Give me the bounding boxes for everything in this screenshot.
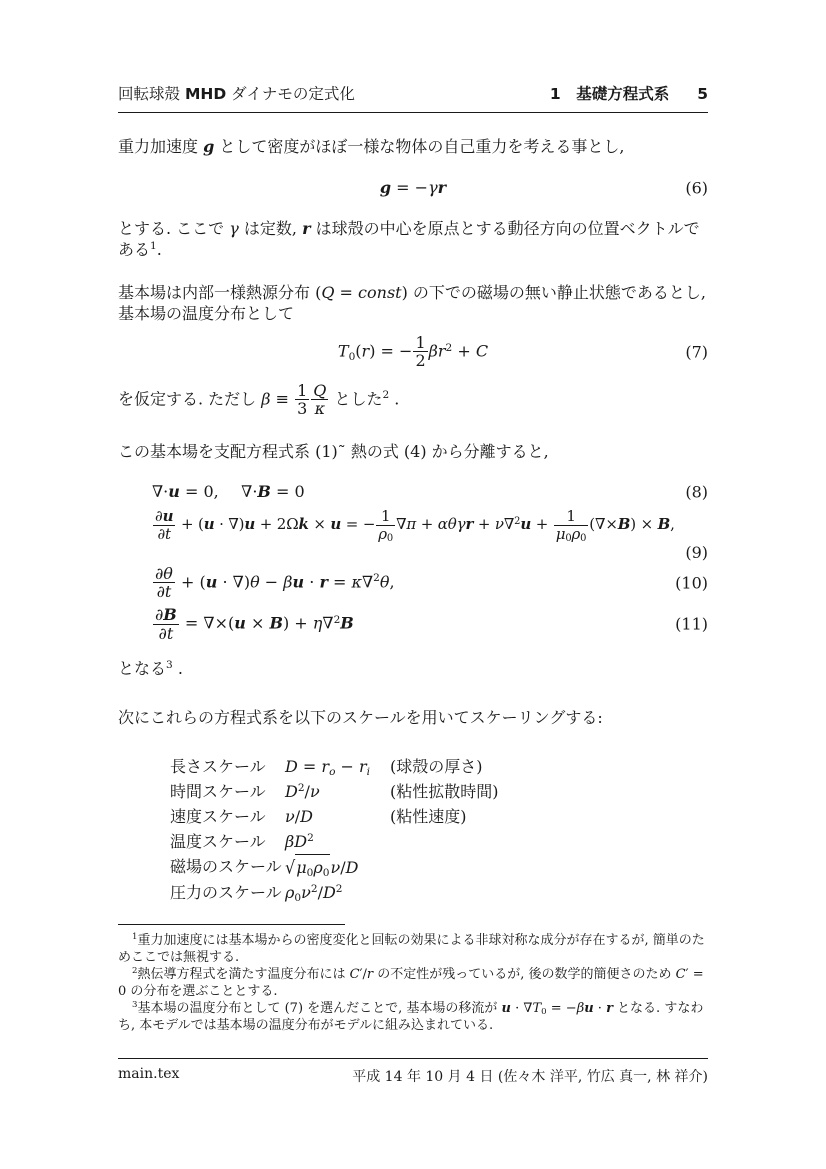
page-header: 回転球殻 MHD ダイナモの定式化 1 基礎方程式系 5 [118,82,708,113]
scale-row-label: 長さスケール [170,754,285,779]
scale-row-formula: D = ro − ri [285,754,390,779]
equation-6-body: g = −γr [118,178,708,197]
scale-row-note [390,829,708,854]
scale-row-note: (球殻の厚さ) [390,754,708,779]
paragraph-beta-def: を仮定する. ただし β ≡ 13Qκ とした2 . [118,376,708,418]
scale-row-note [390,880,708,905]
equation-11: ∂B∂t = ∇×(u × B) + η∇2B (11) [118,606,708,642]
equation-7-number: (7) [685,341,708,362]
equation-7-body: T0(r) = −12βr2 + C [118,334,708,370]
equation-9-body: ∂u∂t + (u · ∇)u + 2Ωk × u = −1ρ0∇π + αθγ… [118,508,708,541]
equation-10: ∂θ∂t + (u · ∇)θ − βu · r = κ∇2θ, (10) [118,565,708,601]
equation-8-body: ∇·u = 0,∇·B = 0 [118,482,708,501]
equation-11-number: (11) [675,614,708,635]
equation-10-body: ∂θ∂t + (u · ∇)θ − βu · r = κ∇2θ, [118,565,708,601]
page-footer: main.tex 平成 14 年 10 月 4 日 (佐々木 洋平, 竹広 真一… [118,1058,708,1086]
page-number: 5 [697,85,708,103]
equation-7: T0(r) = −12βr2 + C (7) [118,332,708,372]
scale-row-label: 磁場のスケール [170,854,285,880]
scale-table: 長さスケールD = ro − ri(球殻の厚さ)時間スケールD2/ν(粘性拡散時… [170,754,708,905]
scale-row-label: 時間スケール [170,779,285,804]
equation-10-number: (10) [675,572,708,593]
equation-11-body: ∂B∂t = ∇×(u × B) + η∇2B [118,606,708,642]
section-header: 1 基礎方程式系 5 [550,82,708,104]
paragraph-separation: この基本場を支配方程式系 (1)˜ 熱の式 (4) から分離すると, [118,441,708,462]
document-page: 回転球殻 MHD ダイナモの定式化 1 基礎方程式系 5 重力加速度 g として… [0,0,826,1169]
scale-row-label: 速度スケール [170,804,285,829]
scale-row-label: 温度スケール [170,829,285,854]
scale-row-label: 圧力のスケール [170,880,285,905]
running-title-post: ダイナモの定式化 [226,85,355,103]
section-title: 1 基礎方程式系 [550,82,669,104]
running-title-pre: 回転球殻 [118,85,185,103]
paragraph-constant-def: とする. ここで γ は定数, r は球殻の中心を原点とする動径方向の位置ベクト… [118,218,708,260]
equation-9: ∂u∂t + (u · ∇)u + 2Ωk × u = −1ρ0∇π + αθγ… [118,508,708,541]
scale-row-formula: βD2 [285,829,390,854]
scale-row-formula: D2/ν [285,779,390,804]
page-body: 重力加速度 g として密度がほぼ一様な物体の自己重力を考える事とし, g = −… [118,136,708,905]
scale-row-note: (粘性拡散時間) [390,779,708,804]
scale-row-note [390,854,708,880]
scale-row-formula: √μ0ρ0ν/D [285,854,390,880]
footer-date-authors: 平成 14 年 10 月 4 日 (佐々木 洋平, 竹広 真一, 林 祥介) [352,1066,708,1086]
scale-row-formula: ρ0ν2/D2 [285,880,390,905]
running-title: 回転球殻 MHD ダイナモの定式化 [118,82,355,104]
paragraph-basic-field: 基本場は内部一様熱源分布 (Q = const) の下での磁場の無い静止状態であ… [118,282,708,324]
equation-9-number: (9) [118,544,708,562]
equation-6: g = −γr (6) [118,174,708,201]
equation-8-number: (8) [685,481,708,502]
paragraph-gravity: 重力加速度 g として密度がほぼ一様な物体の自己重力を考える事とし, [118,136,708,157]
footer-filename: main.tex [118,1066,179,1086]
footnote-rule [118,924,345,925]
scale-row-formula: ν/D [285,804,390,829]
scale-row-note: (粘性速度) [390,804,708,829]
running-title-mhd: MHD [185,85,226,103]
paragraph-tonaru: となる3 . [118,658,708,679]
equation-8: ∇·u = 0,∇·B = 0 (8) [118,482,708,501]
equation-6-number: (6) [685,177,708,198]
footnotes-block: 1重力加速度には基本場からの密度変化と回転の効果による非球対称な成分が存在するが… [118,924,708,1034]
footnote-1: 1重力加速度には基本場からの密度変化と回転の効果による非球対称な成分が存在するが… [118,932,708,966]
footnote-2: 2熱伝導方程式を満たす温度分布には C′/r の不定性が残っているが, 後の数学… [118,966,708,1000]
paragraph-scaling-intro: 次にこれらの方程式系を以下のスケールを用いてスケーリングする: [118,707,708,728]
footnote-3: 3基本場の温度分布として (7) を選んだことで, 基本場の移流が u · ∇T… [118,1000,708,1034]
